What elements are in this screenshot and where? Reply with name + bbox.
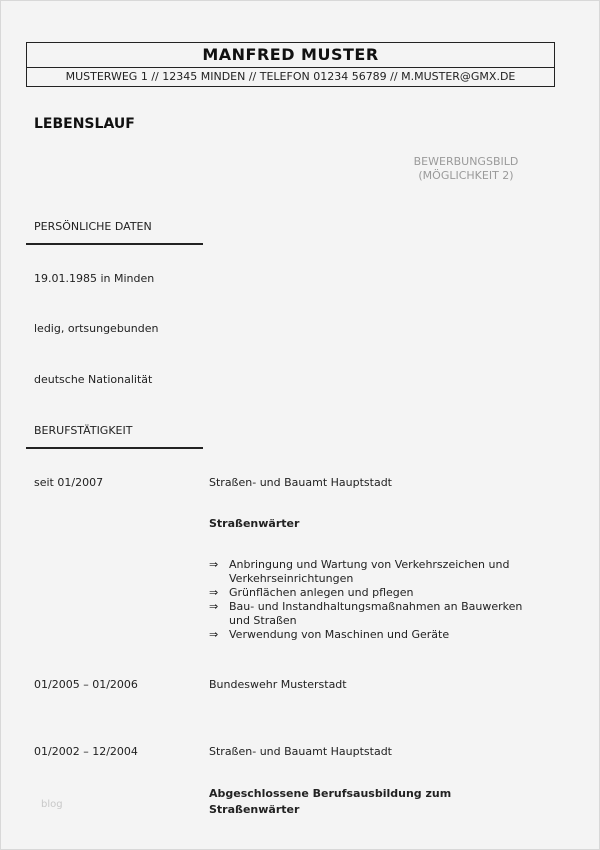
task-item: ⇒ Anbringung und Wartung von Verkehrszei…	[209, 558, 522, 586]
marital-status: ledig, ortsungebunden	[34, 322, 158, 335]
task-item: ⇒ Bau- und Instandhaltungsmaßnahmen an B…	[209, 600, 522, 628]
section-divider	[26, 243, 203, 245]
resume-page: MANFRED MUSTER MUSTERWEG 1 // 12345 MIND…	[0, 0, 600, 850]
contact-line: MUSTERWEG 1 // 12345 MINDEN // TELEFON 0…	[27, 68, 554, 86]
section-heading-career: BERUFSTÄTIGKEIT	[34, 424, 132, 437]
career-position: Straßenwärter	[209, 517, 299, 530]
task-item: ⇒ Verwendung von Maschinen und Geräte	[209, 628, 522, 642]
watermark: blog	[41, 799, 63, 810]
task-text: Verwendung von Maschinen und Geräte	[229, 628, 449, 641]
task-text: Grünflächen anlegen und pflegen	[229, 586, 414, 599]
nationality: deutsche Nationalität	[34, 373, 152, 386]
double-arrow-right-icon: ⇒	[209, 558, 218, 572]
section-divider	[26, 447, 203, 449]
task-list: ⇒ Anbringung und Wartung von Verkehrszei…	[209, 558, 522, 642]
career-employer: Straßen- und Bauamt Hauptstadt	[209, 745, 392, 758]
double-arrow-right-icon: ⇒	[209, 586, 218, 600]
section-heading-personal: PERSÖNLICHE DATEN	[34, 220, 152, 233]
career-period: seit 01/2007	[34, 476, 103, 489]
career-period: 01/2002 – 12/2004	[34, 745, 138, 758]
applicant-name: MANFRED MUSTER	[27, 43, 554, 68]
document-title: LEBENSLAUF	[34, 116, 135, 132]
career-position: Abgeschlossene Berufsausbildung zum Stra…	[209, 786, 479, 818]
task-text: Bau- und Instandhaltungsmaßnahmen an Bau…	[229, 600, 522, 627]
double-arrow-right-icon: ⇒	[209, 628, 218, 642]
task-item: ⇒ Grünflächen anlegen und pflegen	[209, 586, 522, 600]
birth-info: 19.01.1985 in Minden	[34, 272, 154, 285]
photo-placeholder-line2: (MÖGLICHKEIT 2)	[391, 169, 541, 183]
career-period: 01/2005 – 01/2006	[34, 678, 138, 691]
photo-placeholder: BEWERBUNGSBILD (MÖGLICHKEIT 2)	[391, 155, 541, 183]
photo-placeholder-line1: BEWERBUNGSBILD	[391, 155, 541, 169]
resume-header: MANFRED MUSTER MUSTERWEG 1 // 12345 MIND…	[26, 42, 555, 87]
task-text: Anbringung und Wartung von Verkehrszeich…	[229, 558, 509, 585]
career-employer: Bundeswehr Musterstadt	[209, 678, 347, 691]
double-arrow-right-icon: ⇒	[209, 600, 218, 614]
career-employer: Straßen- und Bauamt Hauptstadt	[209, 476, 392, 489]
